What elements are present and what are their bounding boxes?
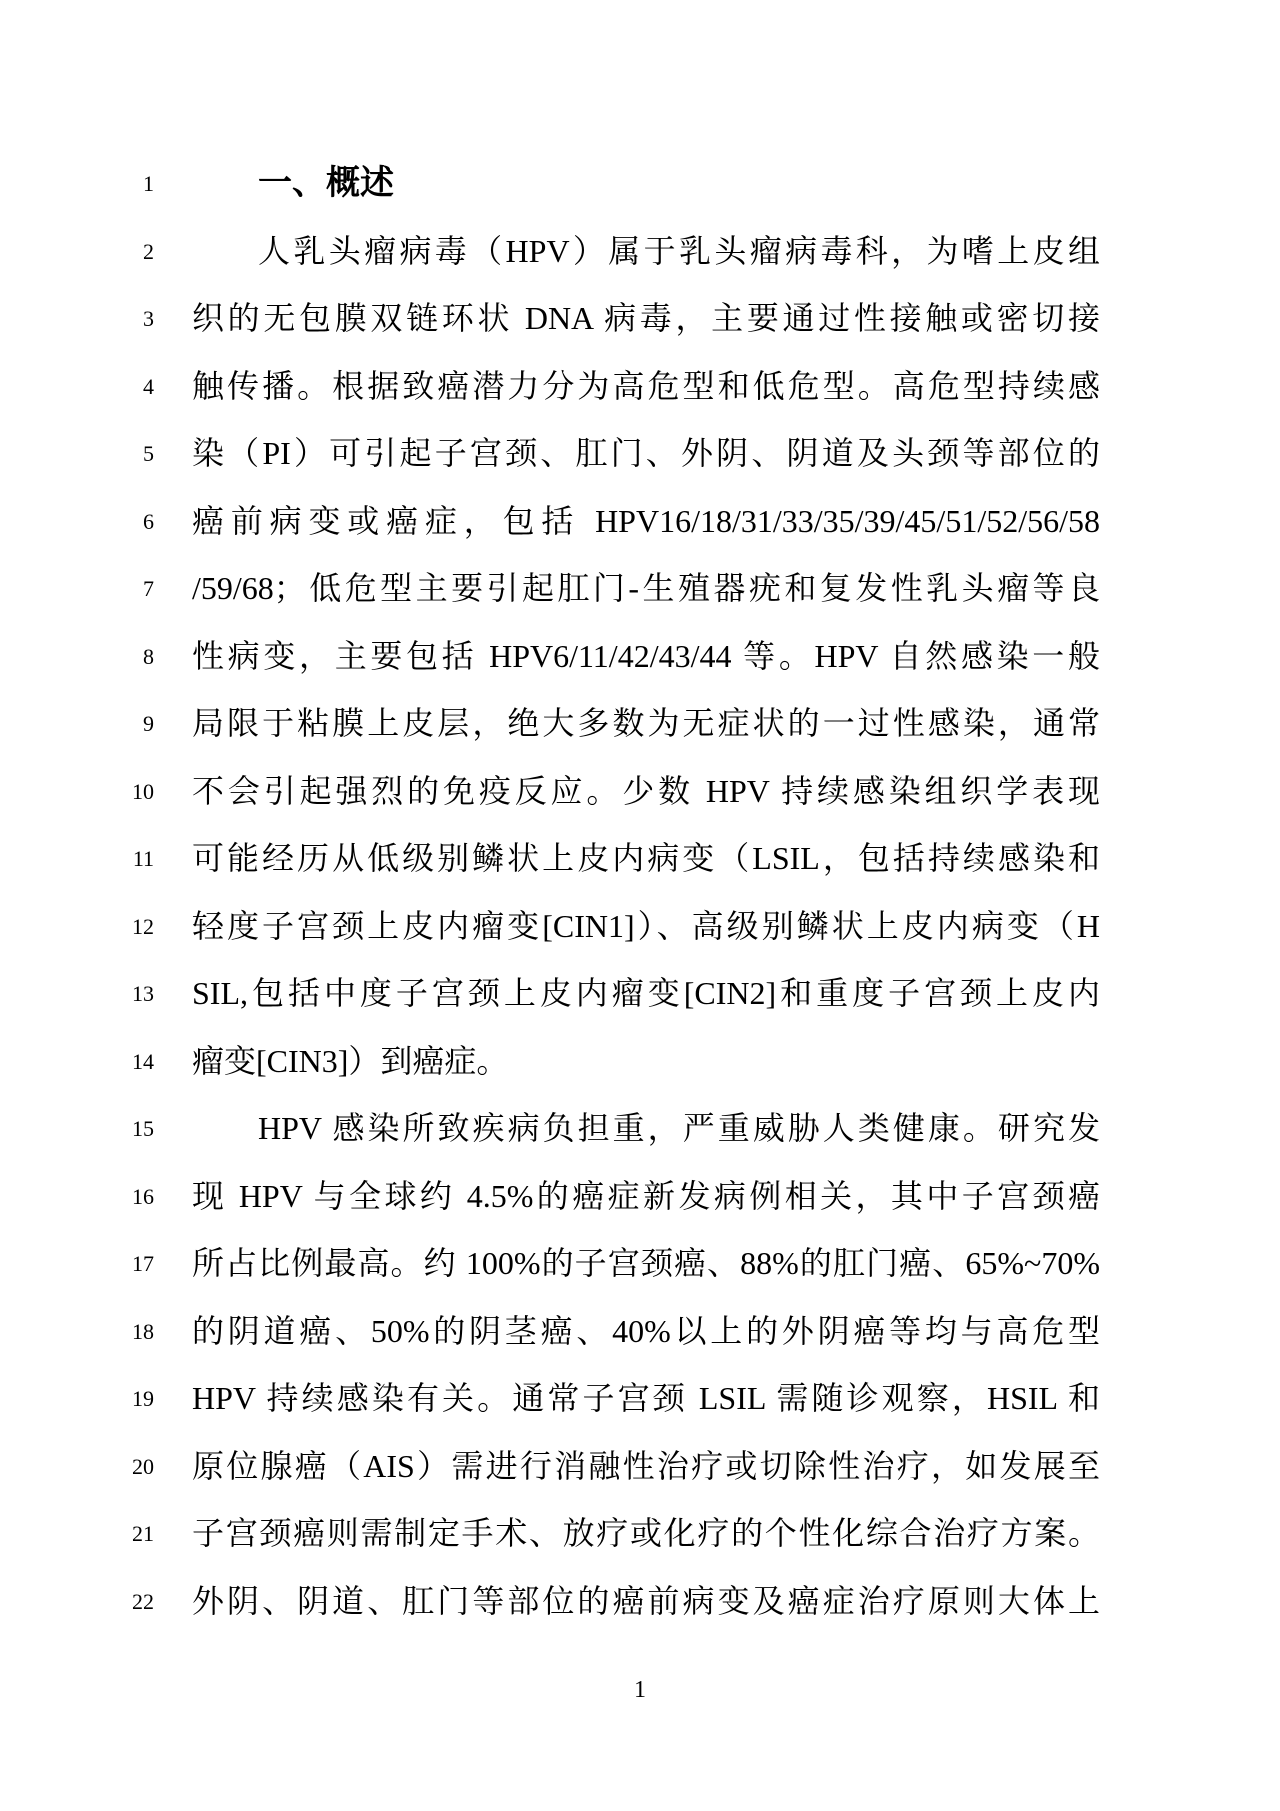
document-line: 19 HPV 持续感染有关。通常子宫颈 LSIL 需随诊观察，HSIL 和: [0, 1365, 1280, 1433]
line-number: 10: [0, 758, 154, 826]
document-line: 21 子宫颈癌则需制定手术、放疗或化疗的个性化综合治疗方案。: [0, 1500, 1280, 1568]
line-text: 外阴、阴道、肛门等部位的癌前病变及癌症治疗原则大体上: [192, 1568, 1100, 1636]
line-number: 16: [0, 1163, 154, 1231]
section-heading: 一、概述: [192, 150, 1100, 218]
line-text: 子宫颈癌则需制定手术、放疗或化疗的个性化综合治疗方案。: [192, 1500, 1100, 1568]
line-number: 14: [0, 1028, 154, 1096]
document-line: 7 /59/68；低危型主要引起肛门-生殖器疣和复发性乳头瘤等良: [0, 555, 1280, 623]
line-text: HPV 持续感染有关。通常子宫颈 LSIL 需随诊观察，HSIL 和: [192, 1365, 1100, 1433]
line-text: 不会引起强烈的免疫反应。少数 HPV 持续感染组织学表现: [192, 758, 1100, 826]
line-number: 11: [0, 825, 154, 893]
line-number: 19: [0, 1365, 154, 1433]
document-line: 16 现 HPV 与全球约 4.5%的癌症新发病例相关，其中子宫颈癌: [0, 1163, 1280, 1231]
line-number: 13: [0, 960, 154, 1028]
line-text: /59/68；低危型主要引起肛门-生殖器疣和复发性乳头瘤等良: [192, 555, 1100, 623]
document-line: 13 SIL,包括中度子宫颈上皮内瘤变[CIN2]和重度子宫颈上皮内: [0, 960, 1280, 1028]
line-number: 3: [0, 285, 154, 353]
line-number: 7: [0, 555, 154, 623]
document-line: 12 轻度子宫颈上皮内瘤变[CIN1]）、高级别鳞状上皮内病变（H: [0, 893, 1280, 961]
line-text: 所占比例最高。约 100%的子宫颈癌、88%的肛门癌、65%~70%: [192, 1230, 1100, 1298]
line-text: 轻度子宫颈上皮内瘤变[CIN1]）、高级别鳞状上皮内病变（H: [192, 893, 1100, 961]
document-line: 15 HPV 感染所致疾病负担重，严重威胁人类健康。研究发: [0, 1095, 1280, 1163]
line-text: 原位腺癌（AIS）需进行消融性治疗或切除性治疗，如发展至: [192, 1433, 1100, 1501]
line-number: 8: [0, 623, 154, 691]
line-text: HPV 感染所致疾病负担重，严重威胁人类健康。研究发: [192, 1095, 1100, 1163]
line-text: 现 HPV 与全球约 4.5%的癌症新发病例相关，其中子宫颈癌: [192, 1163, 1100, 1231]
line-text: 性病变，主要包括 HPV6/11/42/43/44 等。HPV 自然感染一般: [192, 623, 1100, 691]
line-number: 12: [0, 893, 154, 961]
line-text: 可能经历从低级别鳞状上皮内病变（LSIL，包括持续感染和: [192, 825, 1100, 893]
document-line: 5 染（PI）可引起子宫颈、肛门、外阴、阴道及头颈等部位的: [0, 420, 1280, 488]
line-text: 人乳头瘤病毒（HPV）属于乳头瘤病毒科，为嗜上皮组: [192, 218, 1100, 286]
document-line: 20 原位腺癌（AIS）需进行消融性治疗或切除性治疗，如发展至: [0, 1433, 1280, 1501]
line-number: 1: [0, 150, 154, 218]
document-line: 18 的阴道癌、50%的阴茎癌、40%以上的外阴癌等均与高危型: [0, 1298, 1280, 1366]
line-number: 2: [0, 218, 154, 286]
line-number: 22: [0, 1568, 154, 1636]
page-number: 1: [0, 1678, 1280, 1702]
document-line: 2 人乳头瘤病毒（HPV）属于乳头瘤病毒科，为嗜上皮组: [0, 218, 1280, 286]
document-line: 14 瘤变[CIN3]）到癌症。: [0, 1028, 1280, 1096]
line-text: 局限于粘膜上皮层，绝大多数为无症状的一过性感染，通常: [192, 690, 1100, 758]
document-line: 3 织的无包膜双链环状 DNA 病毒，主要通过性接触或密切接: [0, 285, 1280, 353]
document-line: 6 癌前病变或癌症，包括 HPV16/18/31/33/35/39/45/51/…: [0, 488, 1280, 556]
line-text: 瘤变[CIN3]）到癌症。: [192, 1028, 1100, 1096]
line-number: 5: [0, 420, 154, 488]
line-number: 17: [0, 1230, 154, 1298]
line-text: 触传播。根据致癌潜力分为高危型和低危型。高危型持续感: [192, 353, 1100, 421]
line-number: 18: [0, 1298, 154, 1366]
line-text: SIL,包括中度子宫颈上皮内瘤变[CIN2]和重度子宫颈上皮内: [192, 960, 1100, 1028]
document-line: 8 性病变，主要包括 HPV6/11/42/43/44 等。HPV 自然感染一般: [0, 623, 1280, 691]
document-line: 11 可能经历从低级别鳞状上皮内病变（LSIL，包括持续感染和: [0, 825, 1280, 893]
document-line: 22 外阴、阴道、肛门等部位的癌前病变及癌症治疗原则大体上: [0, 1568, 1280, 1636]
line-number: 20: [0, 1433, 154, 1501]
document-page: 1 一、概述 2 人乳头瘤病毒（HPV）属于乳头瘤病毒科，为嗜上皮组 3 织的无…: [0, 0, 1280, 1811]
document-body: 1 一、概述 2 人乳头瘤病毒（HPV）属于乳头瘤病毒科，为嗜上皮组 3 织的无…: [0, 150, 1280, 1635]
line-number: 6: [0, 488, 154, 556]
line-number: 21: [0, 1500, 154, 1568]
document-line: 17 所占比例最高。约 100%的子宫颈癌、88%的肛门癌、65%~70%: [0, 1230, 1280, 1298]
document-line: 10 不会引起强烈的免疫反应。少数 HPV 持续感染组织学表现: [0, 758, 1280, 826]
document-line: 4 触传播。根据致癌潜力分为高危型和低危型。高危型持续感: [0, 353, 1280, 421]
document-line: 1 一、概述: [0, 150, 1280, 218]
line-text: 癌前病变或癌症，包括 HPV16/18/31/33/35/39/45/51/52…: [192, 488, 1100, 556]
line-text: 的阴道癌、50%的阴茎癌、40%以上的外阴癌等均与高危型: [192, 1298, 1100, 1366]
line-number: 15: [0, 1095, 154, 1163]
line-number: 4: [0, 353, 154, 421]
line-text: 织的无包膜双链环状 DNA 病毒，主要通过性接触或密切接: [192, 285, 1100, 353]
line-text: 染（PI）可引起子宫颈、肛门、外阴、阴道及头颈等部位的: [192, 420, 1100, 488]
line-number: 9: [0, 690, 154, 758]
document-line: 9 局限于粘膜上皮层，绝大多数为无症状的一过性感染，通常: [0, 690, 1280, 758]
